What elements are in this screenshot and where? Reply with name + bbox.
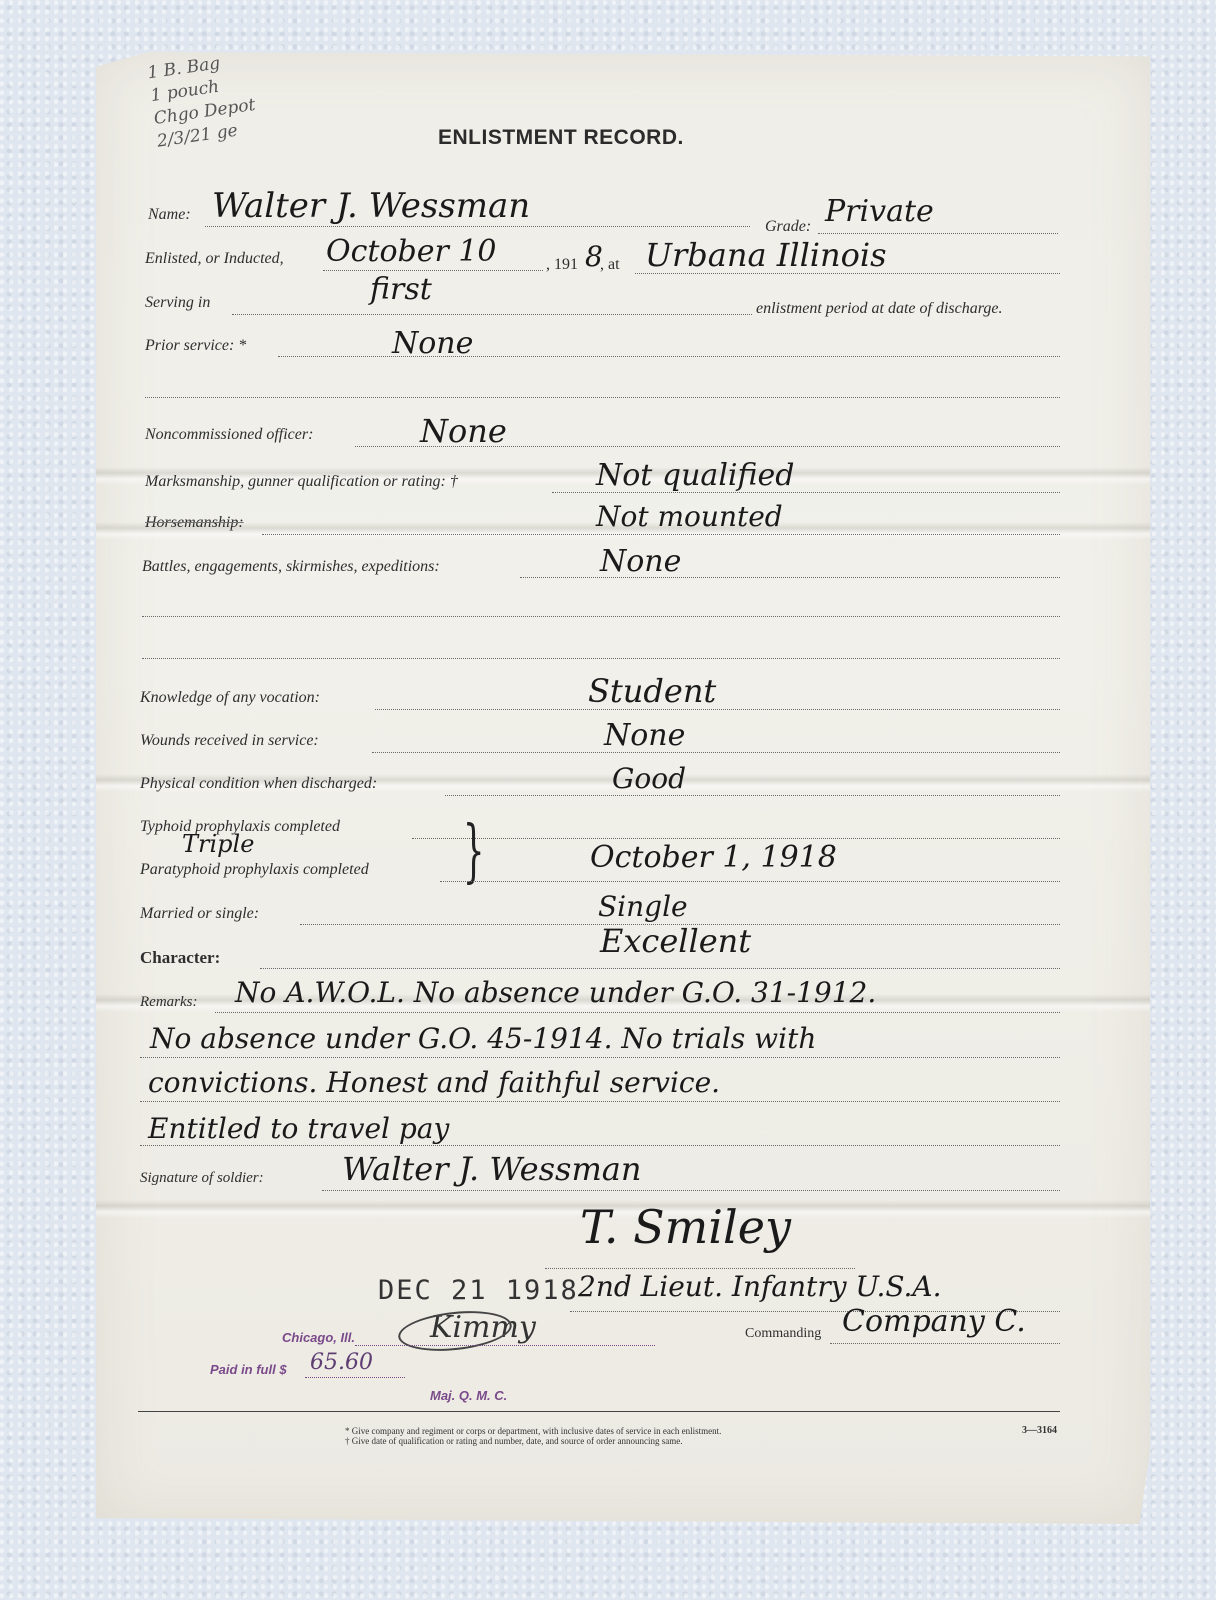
- horsemanship-value: Not mounted: [596, 500, 783, 533]
- vocation-label: Knowledge of any vocation:: [140, 689, 320, 707]
- serving-suffix: enlistment period at date of discharge.: [756, 300, 1002, 318]
- commanding-value: Company C.: [842, 1304, 1026, 1339]
- remarks-line: [215, 1012, 1060, 1013]
- name-value: Walter J. Wessman: [212, 186, 530, 226]
- footnotes: * Give company and regiment or corps or …: [345, 1426, 721, 1446]
- paid-amount-line: [305, 1377, 405, 1378]
- serving-label: Serving in: [145, 294, 210, 312]
- character-label: Character:: [140, 948, 220, 968]
- enlisted-date-value: October 10: [326, 234, 497, 269]
- wounds-line: [372, 752, 1060, 753]
- enlisted-at-label: , at: [600, 256, 620, 274]
- paymaster-title: Maj. Q. M. C.: [430, 1388, 507, 1403]
- grade-value: Private: [825, 194, 934, 229]
- paid-amount: 65.60: [310, 1350, 373, 1375]
- remarks-line-2: No absence under G.O. 45-1914. No trials…: [150, 1022, 816, 1055]
- wounds-value: None: [604, 718, 685, 753]
- physical-value: Good: [612, 762, 686, 795]
- character-line: [260, 968, 1060, 969]
- serving-value: first: [370, 272, 432, 307]
- officer-signature-line: [545, 1268, 855, 1269]
- battles-line-3: [142, 658, 1060, 659]
- enlisted-date-line: [323, 270, 543, 271]
- vocation-value: Student: [588, 672, 716, 710]
- signature-label: Signature of soldier:: [140, 1170, 264, 1187]
- typhoid-line: [412, 838, 1060, 839]
- officer-title: 2nd Lieut. Infantry U.S.A.: [578, 1270, 942, 1303]
- remarks-line-4: Entitled to travel pay: [148, 1112, 449, 1145]
- grade-line: [818, 233, 1058, 234]
- battles-line-2: [142, 616, 1060, 617]
- character-value: Excellent: [600, 922, 751, 960]
- name-line: [205, 226, 750, 227]
- enlisted-year-prefix: , 191: [546, 256, 578, 274]
- battles-label: Battles, engagements, skirmishes, expedi…: [142, 558, 440, 576]
- remarks-line-1: No A.W.O.L. No absence under G.O. 31-191…: [235, 976, 876, 1009]
- remarks-label: Remarks:: [140, 994, 197, 1011]
- name-label: Name:: [148, 206, 191, 224]
- footer-rule: [138, 1411, 1060, 1412]
- married-value: Single: [598, 890, 688, 923]
- brace-icon: }: [463, 812, 485, 892]
- enlisted-label: Enlisted, or Inducted,: [145, 250, 284, 268]
- grade-label: Grade:: [765, 218, 811, 236]
- typhoid-note: Triple: [182, 830, 254, 858]
- form-number: 3—3164: [1022, 1426, 1057, 1436]
- remarks-line: [140, 1145, 1060, 1146]
- commanding-label: Commanding: [745, 1326, 821, 1342]
- serving-line: [232, 314, 752, 315]
- prior-service-label: Prior service: *: [145, 337, 246, 355]
- paratyphoid-value: October 1, 1918: [590, 840, 837, 875]
- payment-city-line: [355, 1345, 655, 1346]
- nco-value: None: [420, 412, 507, 450]
- prior-service-line-2: [145, 397, 1060, 398]
- horsemanship-label: Horsemanship:: [145, 514, 244, 532]
- remarks-line-3: convictions. Honest and faithful service…: [148, 1066, 720, 1099]
- footnote-marksmanship: † Give date of qualification or rating a…: [345, 1436, 721, 1446]
- vocation-line: [375, 709, 1060, 710]
- prior-service-value: None: [392, 326, 473, 361]
- paid-label: Paid in full $: [210, 1362, 287, 1377]
- payment-city: Chicago, Ill.: [282, 1330, 355, 1345]
- physical-label: Physical condition when discharged:: [140, 775, 377, 793]
- marksmanship-value: Not qualified: [596, 458, 794, 493]
- footnote-prior-service: * Give company and regiment or corps or …: [345, 1426, 721, 1436]
- enlisted-place-value: Urbana Illinois: [645, 236, 887, 274]
- nco-label: Noncommissioned officer:: [145, 426, 313, 444]
- remarks-line: [140, 1057, 1060, 1058]
- physical-line: [445, 795, 1060, 796]
- document-title: ENLISTMENT RECORD.: [438, 126, 684, 150]
- paratyphoid-line: [440, 881, 1060, 882]
- date-stamp: DEC 21 1918: [378, 1275, 579, 1306]
- married-label: Married or single:: [140, 905, 259, 923]
- officer-signature: T. Smiley: [580, 1200, 791, 1254]
- wounds-label: Wounds received in service:: [140, 732, 319, 750]
- commanding-line: [830, 1343, 1060, 1344]
- marksmanship-label: Marksmanship, gunner qualification or ra…: [145, 473, 458, 491]
- horsemanship-line: [262, 534, 1060, 535]
- soldier-signature: Walter J. Wessman: [342, 1150, 641, 1188]
- remarks-line: [140, 1101, 1060, 1102]
- signature-line: [322, 1190, 1060, 1191]
- pencil-note: 1 B. Bag 1 pouch Chgo Depot 2/3/21 ge: [146, 48, 260, 153]
- battles-value: None: [600, 544, 681, 579]
- paratyphoid-label: Paratyphoid prophylaxis completed: [140, 861, 369, 879]
